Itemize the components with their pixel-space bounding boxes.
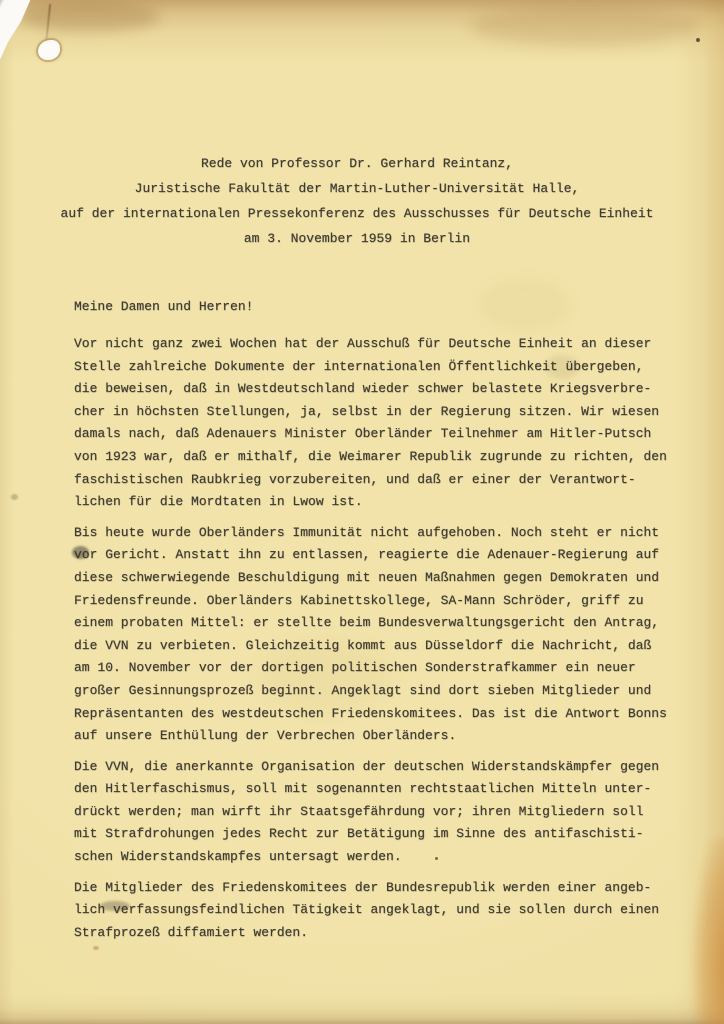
text-line: Vor nicht ganz zwei Wochen hat der Aussc… xyxy=(74,333,694,356)
text-line: drückt werden; man wirft ihr Staatsgefäh… xyxy=(74,801,694,824)
text-line: lich verfassungsfeindlichen Tätigkeit an… xyxy=(74,899,694,922)
title-line: Rede von Professor Dr. Gerhard Reintanz, xyxy=(0,151,714,176)
text-line: faschistischen Raubkrieg vorzubereiten, … xyxy=(74,469,694,492)
scanned-page: Rede von Professor Dr. Gerhard Reintanz,… xyxy=(0,0,724,1024)
paragraph: Vor nicht ganz zwei Wochen hat der Aussc… xyxy=(74,333,694,514)
text-line: Repräsentanten des westdeutschen Frieden… xyxy=(74,703,694,726)
text-line: lichen für die Mordtaten in Lwow ist. xyxy=(74,491,694,514)
text-line: Die Mitglieder des Friedenskomitees der … xyxy=(74,877,694,900)
paragraph: Die Mitglieder des Friedenskomitees der … xyxy=(74,877,694,945)
text-line: den Hitlerfaschismus, soll mit sogenannt… xyxy=(74,778,694,801)
text-line: Strafprozeß diffamiert werden. xyxy=(74,922,694,945)
text-line: schen Widerstandskampfes untersagt werde… xyxy=(74,846,694,869)
ink-blot xyxy=(72,546,89,559)
text-line: diese schwerwiegende Beschuldigung mit n… xyxy=(74,567,694,590)
text-line: cher in höchsten Stellungen, ja, selbst … xyxy=(74,401,694,424)
text-line: mit Strafdrohungen jedes Recht zur Betät… xyxy=(74,823,694,846)
text-line: die beweisen, daß in Westdeutschland wie… xyxy=(74,378,694,401)
title-line: Juristische Fakultät der Martin-Luther-U… xyxy=(0,176,714,201)
text-line: am 10. November vor der dortigen politis… xyxy=(74,657,694,680)
text-line: vor Gericht. Anstatt ihn zu entlassen, r… xyxy=(74,544,694,567)
scan-background: { "colors": { "paper": "#f1e3a9", "ink":… xyxy=(0,0,724,1024)
salutation: Meine Damen und Herren! xyxy=(74,296,253,318)
paragraph: Bis heute wurde Oberländers Immunität ni… xyxy=(74,522,694,748)
text-line: die VVN zu verbieten. Gleichzeitig kommt… xyxy=(74,635,694,658)
title-line: auf der internationalen Pressekonferenz … xyxy=(0,201,714,226)
paragraph: Die VVN, die anerkannte Organisation der… xyxy=(74,756,694,869)
document-title: Rede von Professor Dr. Gerhard Reintanz,… xyxy=(0,151,714,251)
text-line: Die VVN, die anerkannte Organisation der… xyxy=(74,756,694,779)
document-body: Vor nicht ganz zwei Wochen hat der Aussc… xyxy=(74,333,694,952)
text-line: Friedensfreunde. Oberländers Kabinettsko… xyxy=(74,590,694,613)
ink-blot xyxy=(100,901,130,911)
text-line: großer Gesinnungsprozeß beginnt. Angekla… xyxy=(74,680,694,703)
typewritten-text: Rede von Professor Dr. Gerhard Reintanz,… xyxy=(0,0,724,1024)
text-line: Bis heute wurde Oberländers Immunität ni… xyxy=(74,522,694,545)
text-line: auf unsere Enthüllung der Verbrechen Obe… xyxy=(74,725,694,748)
title-line: am 3. November 1959 in Berlin xyxy=(0,226,714,251)
text-line: damals nach, daß Adenauers Minister Ober… xyxy=(74,423,694,446)
text-line: Stelle zahlreiche Dokumente der internat… xyxy=(74,356,694,379)
text-line: von 1923 war, daß er mithalf, die Weimar… xyxy=(74,446,694,469)
text-line: einem probaten Mittel: er stellte beim B… xyxy=(74,612,694,635)
